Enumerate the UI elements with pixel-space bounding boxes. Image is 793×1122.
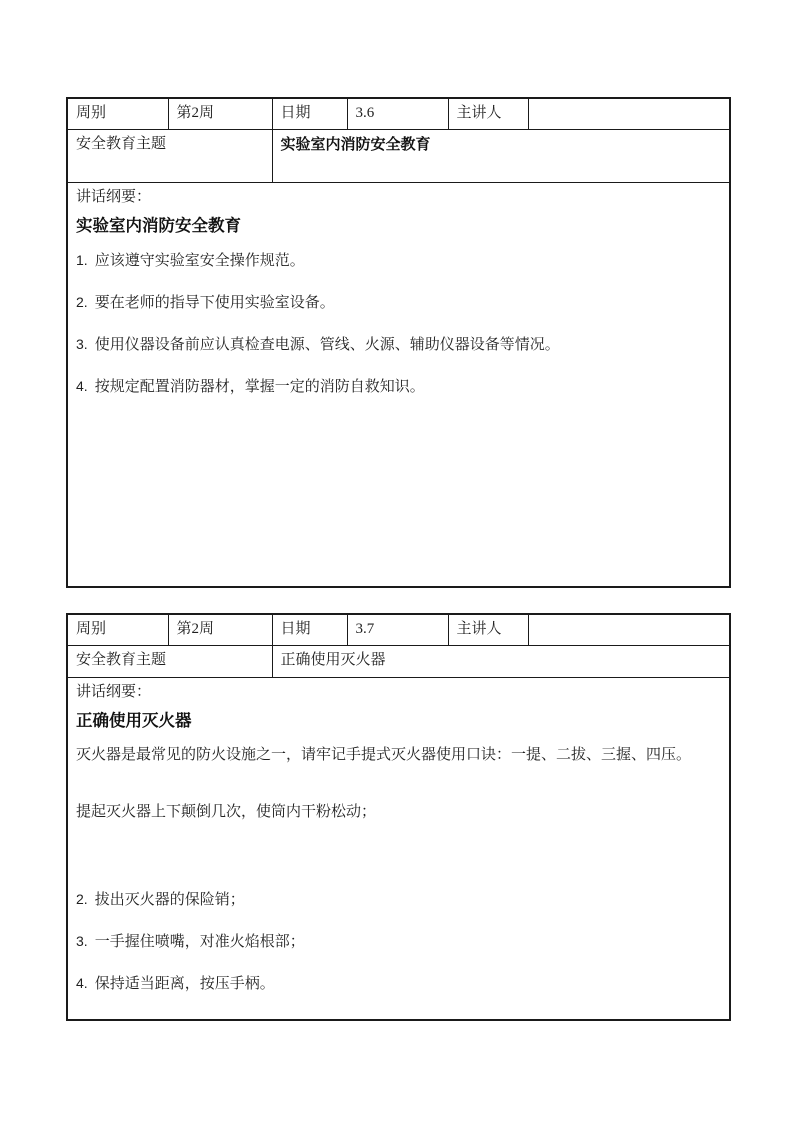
item-text: 拔出灭火器的保险销；	[95, 892, 245, 908]
meta-row: 周别 第2周 日期 3.7 主讲人	[67, 614, 730, 646]
week-value: 第2周	[168, 614, 272, 646]
item-number: 2.	[76, 294, 88, 310]
document-body: 周别 第2周 日期 3.6 主讲人 安全教育主题 实验室内消防安全教育 讲话纲要…	[66, 97, 729, 1021]
item-text: 按规定配置消防器材，掌握一定的消防自救知识。	[95, 379, 425, 395]
safety-education-record-table-1: 周别 第2周 日期 3.6 主讲人 安全教育主题 实验室内消防安全教育 讲话纲要…	[66, 97, 731, 588]
week-label: 周别	[67, 614, 168, 646]
meta-row: 周别 第2周 日期 3.6 主讲人	[67, 98, 730, 130]
outline-row: 讲话纲要： 正确使用灭火器 灭火器是最常见的防火设施之一，请牢记手提式灭火器使用…	[67, 678, 730, 1021]
item-text: 使用仪器设备前应认真检查电源、管线、火源、辅助仪器设备等情况。	[95, 337, 560, 353]
speaker-label: 主讲人	[448, 98, 528, 130]
week-label: 周别	[67, 98, 168, 130]
outline-intro: 灭火器是最常见的防火设施之一，请牢记手提式灭火器使用口诀：一提、二拔、三握、四压…	[76, 745, 721, 766]
document-page: 周别 第2周 日期 3.6 主讲人 安全教育主题 实验室内消防安全教育 讲话纲要…	[0, 0, 793, 1122]
item-number: 2.	[76, 891, 88, 907]
outline-step-1: 提起灭火器上下颠倒几次，使筒内干粉松动；	[76, 802, 721, 823]
item-text: 要在老师的指导下使用实验室设备。	[95, 295, 335, 311]
topic-row: 安全教育主题 正确使用灭火器	[67, 646, 730, 678]
topic-label: 安全教育主题	[67, 646, 272, 678]
outline-heading: 实验室内消防安全教育	[76, 216, 721, 237]
topic-value: 实验室内消防安全教育	[272, 130, 730, 183]
outline-item: 1.应该遵守实验室安全操作规范。	[76, 250, 721, 272]
topic-row: 安全教育主题 实验室内消防安全教育	[67, 130, 730, 183]
item-text: 一手握住喷嘴，对准火焰根部；	[95, 934, 305, 950]
outline-label: 讲话纲要：	[76, 187, 721, 208]
outline-item: 2.要在老师的指导下使用实验室设备。	[76, 292, 721, 314]
outline-item: 2.拔出灭火器的保险销；	[76, 889, 721, 911]
outline-item: 4.保持适当距离，按压手柄。	[76, 973, 721, 995]
topic-value: 正确使用灭火器	[272, 646, 730, 678]
outline-item: 3.使用仪器设备前应认真检查电源、管线、火源、辅助仪器设备等情况。	[76, 334, 721, 356]
item-number: 3.	[76, 336, 88, 352]
topic-label: 安全教育主题	[67, 130, 272, 183]
item-text: 保持适当距离，按压手柄。	[95, 976, 275, 992]
speaker-value-empty-cell	[528, 614, 730, 646]
outline-label: 讲话纲要：	[76, 682, 721, 703]
outline-heading: 正确使用灭火器	[76, 711, 721, 732]
date-value: 3.7	[347, 614, 448, 646]
speaker-label: 主讲人	[448, 614, 528, 646]
date-label: 日期	[272, 614, 347, 646]
date-value: 3.6	[347, 98, 448, 130]
item-number: 3.	[76, 933, 88, 949]
week-value: 第2周	[168, 98, 272, 130]
outline-row: 讲话纲要： 实验室内消防安全教育 1.应该遵守实验室安全操作规范。 2.要在老师…	[67, 183, 730, 588]
outline-item: 4.按规定配置消防器材，掌握一定的消防自救知识。	[76, 376, 721, 398]
item-number: 4.	[76, 378, 88, 394]
outline-cell: 讲话纲要： 实验室内消防安全教育 1.应该遵守实验室安全操作规范。 2.要在老师…	[67, 183, 730, 588]
outline-cell: 讲话纲要： 正确使用灭火器 灭火器是最常见的防火设施之一，请牢记手提式灭火器使用…	[67, 678, 730, 1021]
item-number: 4.	[76, 975, 88, 991]
item-number: 1.	[76, 252, 88, 268]
outline-item: 3.一手握住喷嘴，对准火焰根部；	[76, 931, 721, 953]
speaker-value-empty-cell	[528, 98, 730, 130]
date-label: 日期	[272, 98, 347, 130]
safety-education-record-table-2: 周别 第2周 日期 3.7 主讲人 安全教育主题 正确使用灭火器 讲话纲要： 正…	[66, 613, 731, 1021]
item-text: 应该遵守实验室安全操作规范。	[95, 253, 305, 269]
